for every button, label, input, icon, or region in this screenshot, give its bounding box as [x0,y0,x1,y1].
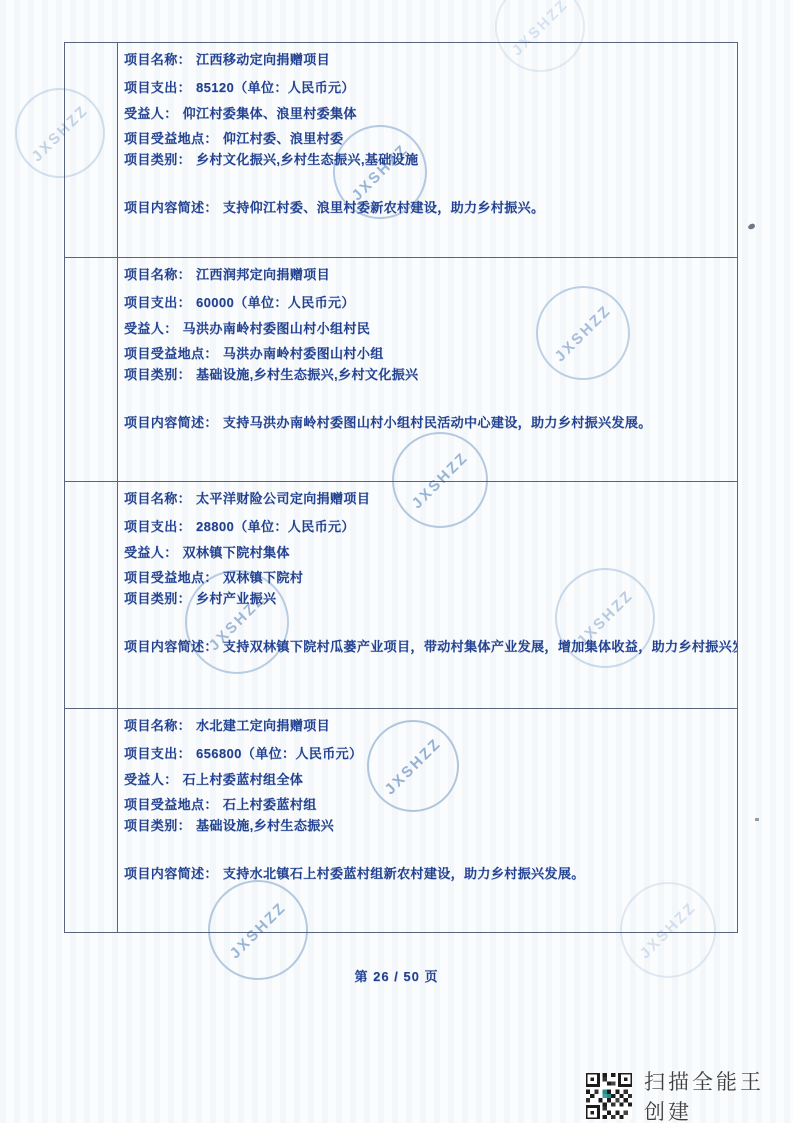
project-location: 项目受益地点：仰江村委、浪里村委 [124,131,733,146]
project-expense: 项目支出：28800（单位：人民币元） [124,519,733,534]
project-name: 项目名称：江西润邦定向捐赠项目 [124,267,733,282]
project-row: 项目名称：水北建工定向捐赠项目 项目支出：656800（单位：人民币元） 受益人… [65,708,737,933]
project-row: 项目名称：江西移动定向捐赠项目 项目支出：85120（单位：人民币元） 受益人：… [65,43,737,257]
projects-table: 项目名称：江西移动定向捐赠项目 项目支出：85120（单位：人民币元） 受益人：… [64,42,738,933]
project-details: 项目名称：水北建工定向捐赠项目 项目支出：656800（单位：人民币元） 受益人… [118,709,737,933]
project-location: 项目受益地点：双林镇下院村 [124,570,733,585]
table-left-cell [65,482,118,707]
project-expense: 项目支出：656800（单位：人民币元） [124,746,733,761]
project-category: 项目类别：乡村产业振兴 [124,591,733,606]
scan-artifact [747,223,755,230]
project-category: 项目类别：乡村文化振兴,乡村生态振兴,基础设施 [124,152,733,167]
project-description: 项目内容简述：支持仰江村委、浪里村委新农村建设，助力乡村振兴。 [124,200,733,215]
project-beneficiary: 受益人：马洪办南岭村委图山村小组村民 [124,321,733,336]
table-left-cell [65,709,118,933]
qr-code-icon [586,1073,632,1119]
project-expense: 项目支出：85120（单位：人民币元） [124,80,733,95]
project-beneficiary: 受益人：双林镇下院村集体 [124,545,733,560]
project-details: 项目名称：太平洋财险公司定向捐赠项目 项目支出：28800（单位：人民币元） 受… [118,482,737,707]
page-number: 第 26 / 50 页 [0,966,793,985]
scan-artifact [755,818,759,821]
project-details: 项目名称：江西移动定向捐赠项目 项目支出：85120（单位：人民币元） 受益人：… [118,43,737,257]
project-beneficiary: 受益人：石上村委蓝村组全体 [124,772,733,787]
scanned-document-page: JXSHZZ JXSHZZ JXSHZZ JXSHZZ JXSHZZ JXSHZ… [0,0,793,1123]
project-expense: 项目支出：60000（单位：人民币元） [124,295,733,310]
project-description: 项目内容简述：支持马洪办南岭村委图山村小组村民活动中心建设，助力乡村振兴发展。 [124,415,733,430]
project-name: 项目名称：江西移动定向捐赠项目 [124,52,733,67]
project-location: 项目受益地点：马洪办南岭村委图山村小组 [124,346,733,361]
scanner-credit-text: 扫描全能王 创建 [644,1066,793,1123]
project-row: 项目名称：江西润邦定向捐赠项目 项目支出：60000（单位：人民币元） 受益人：… [65,257,737,482]
project-details: 项目名称：江西润邦定向捐赠项目 项目支出：60000（单位：人民币元） 受益人：… [118,258,737,482]
table-left-cell [65,258,118,482]
table-left-cell [65,43,118,257]
project-category: 项目类别：基础设施,乡村生态振兴,乡村文化振兴 [124,367,733,382]
project-row: 项目名称：太平洋财险公司定向捐赠项目 项目支出：28800（单位：人民币元） 受… [65,481,737,707]
project-name: 项目名称：太平洋财险公司定向捐赠项目 [124,491,733,506]
project-location: 项目受益地点：石上村委蓝村组 [124,797,733,812]
project-name: 项目名称：水北建工定向捐赠项目 [124,718,733,733]
project-description: 项目内容简述：支持水北镇石上村委蓝村组新农村建设，助力乡村振兴发展。 [124,866,733,881]
project-description: 项目内容简述：支持双林镇下院村瓜蒌产业项目，带动村集体产业发展，增加集体收益，助… [124,639,733,654]
scanner-credit: 扫描全能王 创建 [586,1066,793,1123]
project-category: 项目类别：基础设施,乡村生态振兴 [124,818,733,833]
project-beneficiary: 受益人：仰江村委集体、浪里村委集体 [124,106,733,121]
